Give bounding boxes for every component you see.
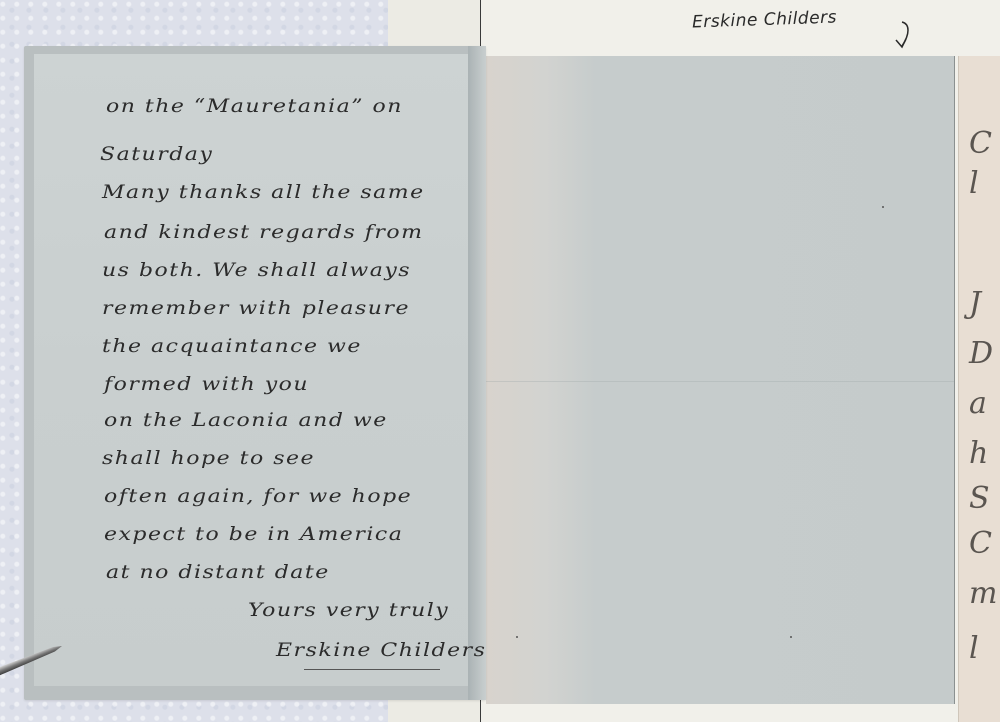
adjacent-letter-page: C l J D a h S C m l (958, 56, 1000, 722)
letter-line: and kindest regards from (104, 222, 424, 243)
cursive-glyph: l (969, 631, 979, 666)
letter-line: Saturday (100, 144, 213, 165)
cursive-glyph: h (969, 436, 988, 471)
letter-line: often again, for we hope (104, 486, 412, 507)
letter-signature: Erskine Childers (276, 640, 486, 661)
cursive-glyph: J (969, 286, 981, 321)
letter-line: at no distant date (106, 562, 330, 583)
letter-line: Many thanks all the same (102, 182, 425, 203)
letter-line: formed with you (104, 374, 309, 395)
letter-page-right-blank (486, 56, 955, 704)
letter-line: shall hope to see (102, 448, 315, 469)
letter-line: us both. We shall always (102, 260, 411, 281)
paper-speck (516, 636, 518, 638)
signature-underline (304, 669, 440, 670)
arrow-down-icon (888, 20, 918, 50)
cursive-glyph: l (969, 166, 979, 201)
cursive-glyph: m (969, 576, 997, 611)
letter-line: the acquaintance we (102, 336, 362, 357)
cursive-glyph: a (969, 386, 987, 421)
fold-crease (486, 381, 954, 382)
letter-line: expect to be in America (104, 524, 403, 545)
cursive-glyph: C (969, 126, 992, 161)
letter-line: remember with pleasure (102, 298, 410, 319)
cursive-glyph: S (969, 481, 990, 516)
cursive-glyph: D (969, 336, 993, 371)
page-gutter-shadow (468, 46, 486, 700)
cursive-glyph: C (969, 526, 992, 561)
paper-speck (790, 636, 792, 638)
paper-speck (882, 206, 884, 208)
letter-closing: Yours very truly (248, 600, 449, 621)
letter-line: on the “Mauretania” on (106, 96, 403, 117)
letter-line: on the Laconia and we (104, 410, 388, 431)
